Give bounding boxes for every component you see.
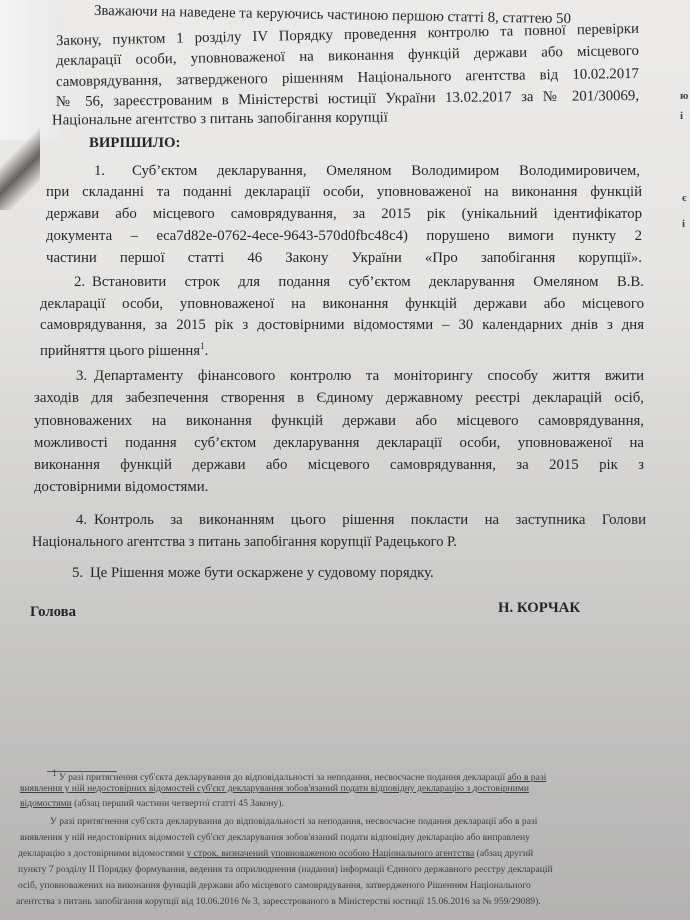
decided-heading: ВИРІШИЛО: — [89, 134, 180, 152]
item-line: прийняття цього рішення1. — [40, 337, 208, 360]
item-line: Департаменту фінансового контролю та мон… — [94, 367, 644, 385]
item-number: 4. — [76, 511, 87, 529]
item-line: Суб’єктом декларування, Омеляном Володим… — [132, 162, 640, 180]
signature-name: Н. КОРЧАК — [498, 599, 580, 617]
item-line: заходів для забезпечення створення в Єди… — [34, 389, 644, 407]
item-line: документа – eca7d82e-0762-4ece-9643-570d… — [46, 227, 642, 245]
item-line: достовірними відомостями. — [34, 478, 208, 496]
item-number: 5. — [72, 564, 83, 582]
footnote-line: пункту 7 розділу II Порядку формування, … — [18, 862, 553, 877]
edge-fragment: є — [682, 192, 687, 204]
preamble-line: № 56, зареєстрованим в Міністерстві юсти… — [56, 87, 639, 111]
footnote-line: виявлення у ній недостовірних відомостей… — [20, 830, 530, 845]
item-line: Це Рішення може бути оскаржене у судовом… — [90, 564, 434, 582]
edge-fragment: і — [680, 110, 683, 122]
footnote-line: декларацію з достовірними відомостями у … — [18, 846, 533, 861]
item-line: можливості подання суб’єктом декларуванн… — [34, 434, 644, 452]
item-line: самоврядування, за 2015 рік з достовірни… — [40, 316, 644, 334]
footnote-line: відомостями (абзац перший частини четвер… — [20, 796, 284, 811]
item-line: при складанні та поданні декларації особ… — [46, 183, 642, 201]
edge-fragment: і — [682, 218, 685, 230]
footnote-line: агентства з питань запобігання корупції … — [16, 894, 541, 909]
item-line: 2. — [74, 273, 85, 291]
item-line: Контроль за виконанням цього рішення пок… — [94, 511, 646, 529]
item-line: Національного агентства з питань запобіг… — [32, 533, 457, 551]
footnote-line: У разі притягнення суб'єкта декларування… — [50, 814, 537, 829]
footnote-line: осіб, уповноважених на виконання функцій… — [18, 878, 531, 893]
item-line: виконання функцій держави або місцевого … — [34, 456, 644, 474]
item-line: частини першої статті 46 Закону України … — [46, 249, 642, 267]
preamble-line: Національне агентство з питань запобіган… — [52, 109, 388, 130]
signature-title: Голова — [30, 603, 76, 621]
item-line: декларації особи, уповноваженої на викон… — [40, 295, 644, 313]
item-line: уповноважених на виконання функцій держа… — [34, 412, 644, 430]
item-line: Встановити строк для подання суб’єктом д… — [92, 273, 644, 291]
item-line: держави або місцевого самоврядування, за… — [46, 205, 642, 223]
footnote-line: виявлення у ній недостовірних відомостей… — [20, 781, 529, 796]
fold-shadow — [0, 110, 40, 210]
item-number: 2. — [74, 274, 85, 290]
document-page: Зважаючи на наведене та керуючись частин… — [0, 0, 690, 920]
edge-fragment: ю — [680, 90, 688, 102]
item-number: 3. — [76, 367, 87, 385]
item-number: 1. — [94, 162, 105, 180]
